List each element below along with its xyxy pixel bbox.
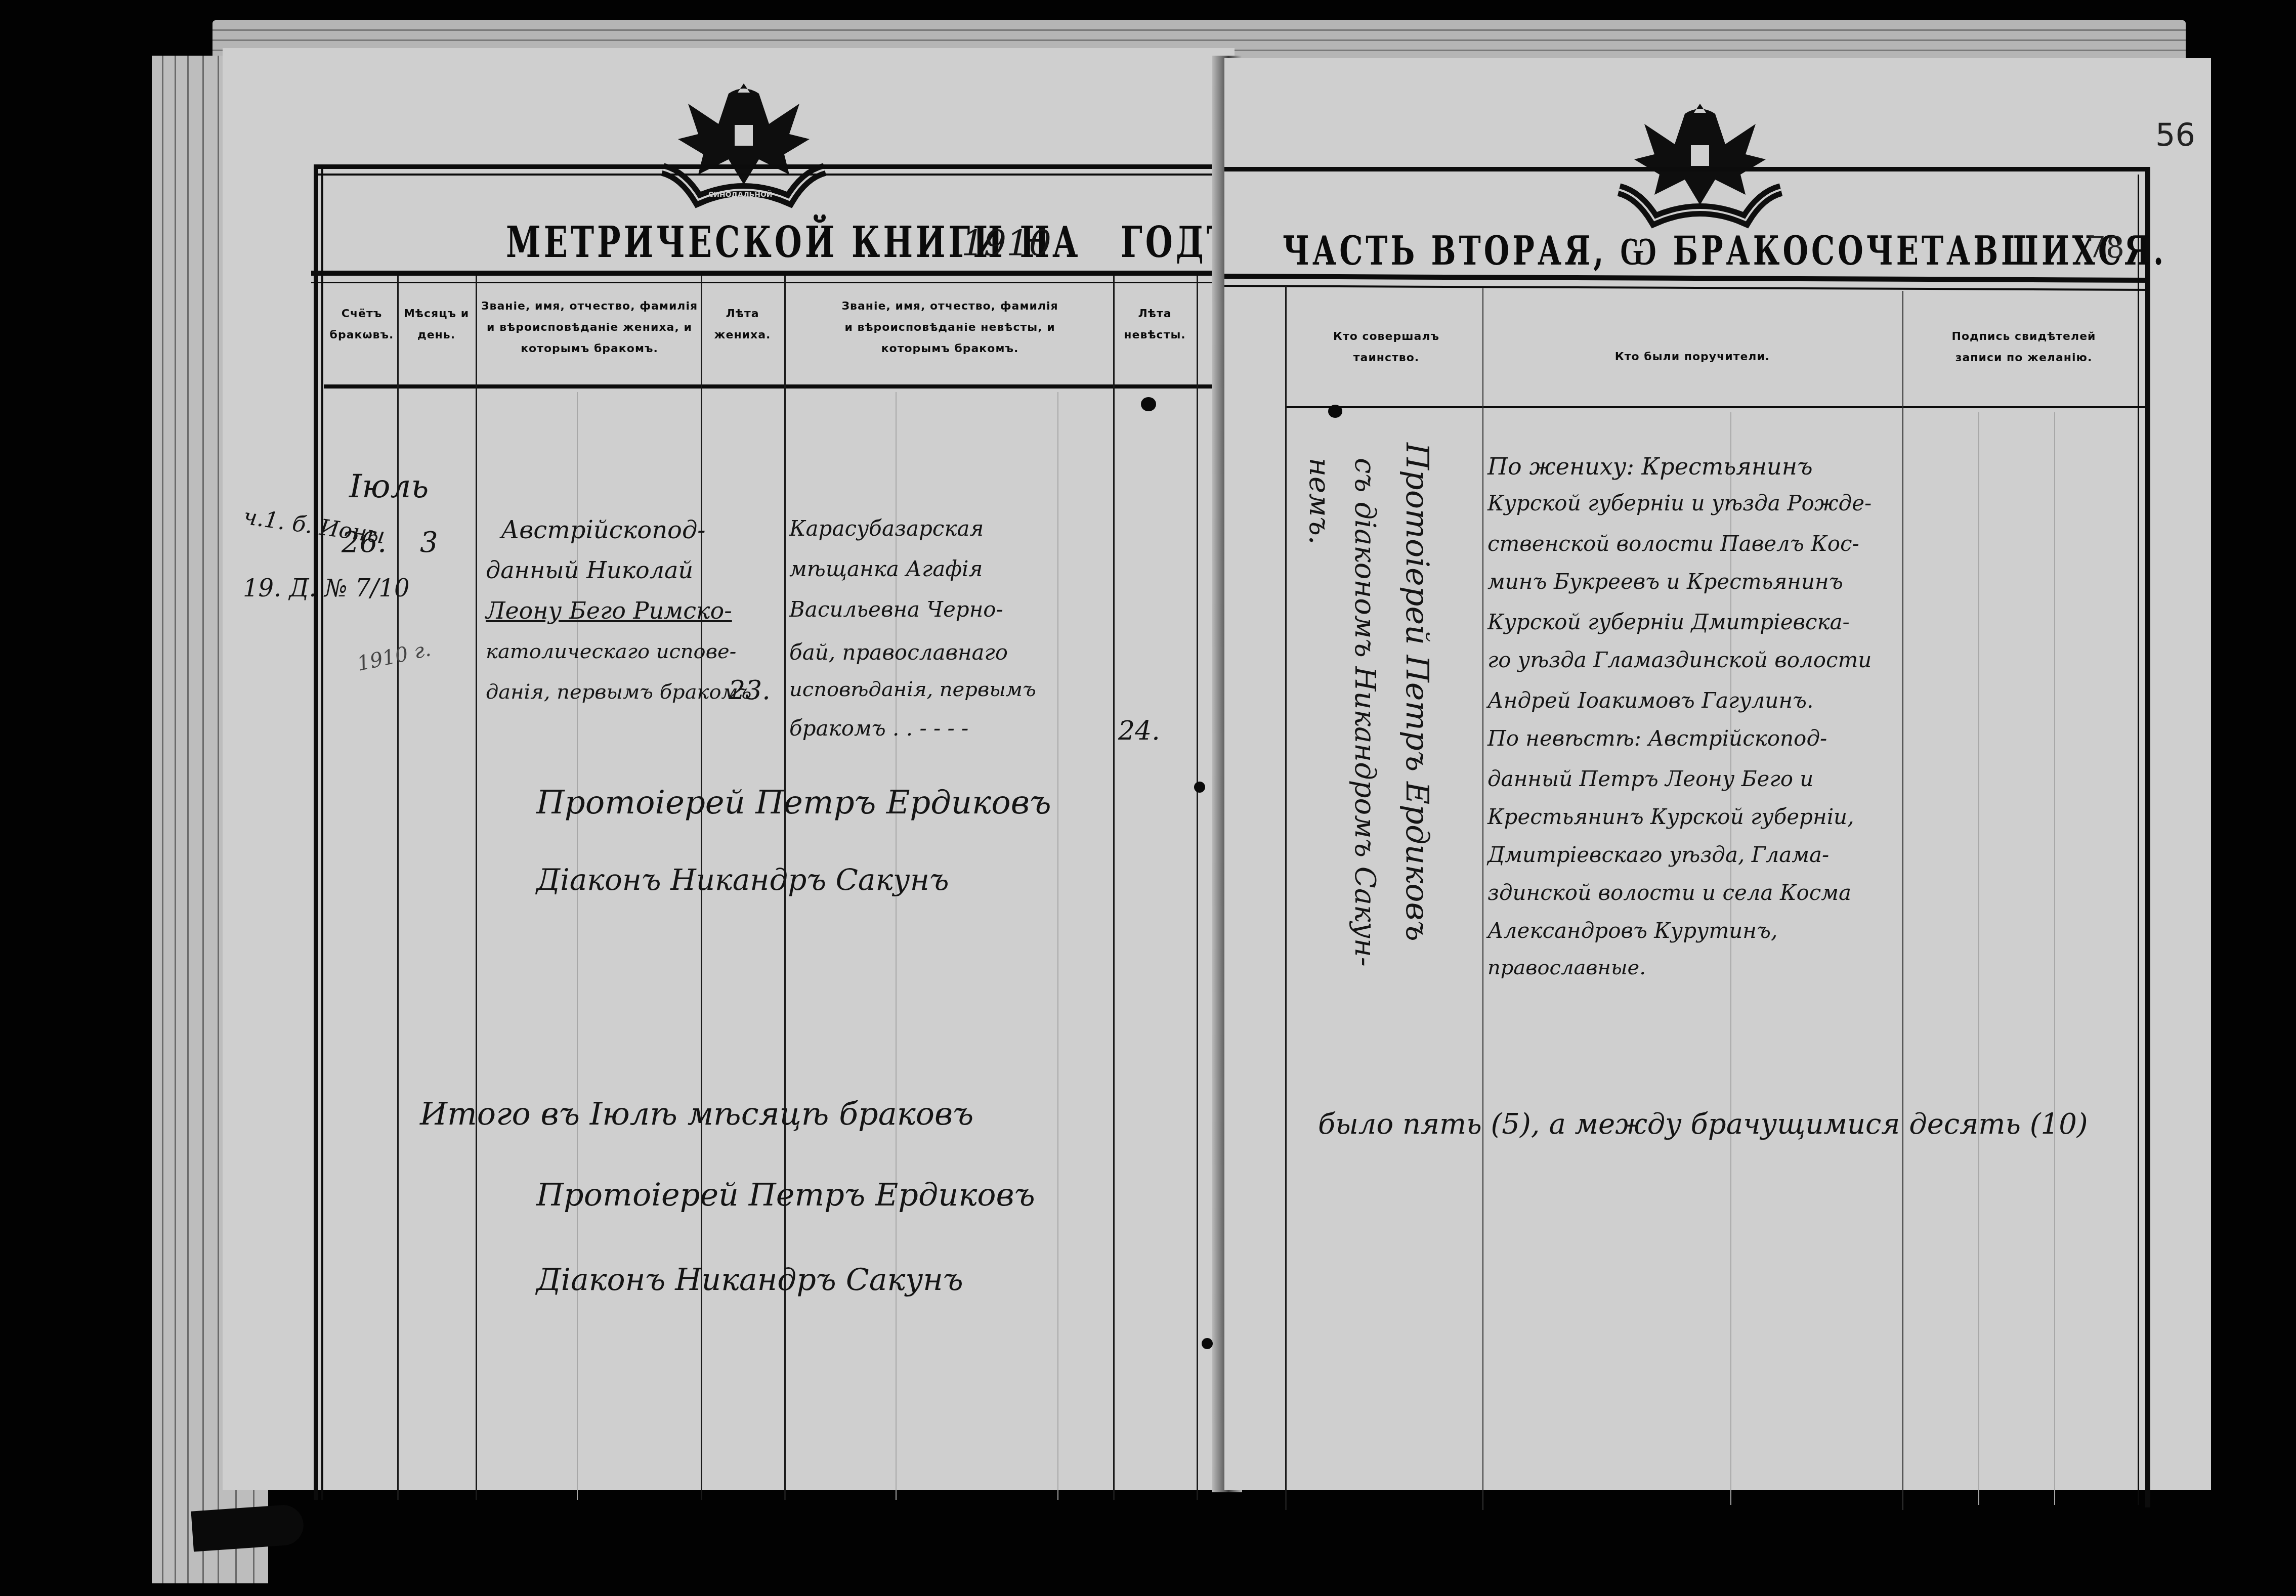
guarantor-line: православные. [1487,956,1646,979]
entry-number: 3 [420,526,438,559]
bride-line: мѣщанка Агафія [789,556,983,581]
emblem-ribbon-text: СИНОДАЛЬНОЙ [708,191,773,199]
binding-hole [1202,1338,1213,1349]
summary-continuation: было пять (5), а между брачущимися десят… [1318,1108,2088,1141]
deacon-signature: Діаконъ Никандръ Сакунъ [536,862,949,897]
entry-day: 26. [342,526,387,559]
page-holding-thumb [191,1503,305,1551]
left-page: СИНОДАЛЬНОЙ МЕТРИЧЕСКОЙ КНИГИ НА 1910 ГО… [223,48,1235,1490]
guarantor-line: По жениху: Крестьянинъ [1487,453,1813,480]
margin-note-line2: 19. Д. № 7/10 [243,574,410,602]
guarantor-line: Крестьянинъ Курской губерніи, [1487,804,1854,829]
officiant-line: немъ. [1303,458,1336,545]
column-header-bride: Званіе, имя, отчество, фамилія и вѣроисп… [789,296,1111,359]
monthly-summary: Итого въ Іюлѣ мѣсяцѣ браковъ [420,1095,973,1132]
guarantor-line: Дмитріевскаго уѣзда, Глама- [1487,842,1829,867]
summary-deacon-signature: Діаконъ Никандръ Сакунъ [536,1262,963,1298]
guarantor-line: Андрей Іоакимовъ Гагулинъ. [1487,688,1813,713]
column-header-witness-signatures: Подпись свидѣтелей записи по желанію. [1907,326,2140,369]
register-year: 1910 [961,223,1051,264]
column-header-month-day: Мѣсяцъ и день. [400,304,473,346]
printed-page-number: 78 [2087,230,2124,265]
bride-line: бай, православнаго [789,640,1008,665]
bride-line: бракомъ . . - - - - [789,716,968,741]
right-page: 56 ЧАСТЬ ВТОРАЯ, Ѡ БРАКОСОЧЕТАВШИХСЯ. 78… [1224,58,2211,1490]
officiant-line: съ діакономъ Никандромъ Сакун- [1348,458,1381,967]
guarantor-line: минъ Букреевъ и Крестьянинъ [1487,569,1843,594]
officiant-line: Протоіерей Петръ Ердиковъ [1399,443,1436,941]
guarantor-line: ственской волости Павелъ Кос- [1487,531,1859,556]
binding-hole [1141,397,1156,411]
priest-signature: Протоіерей Петръ Ердиковъ [536,784,1051,822]
imperial-eagle-emblem-icon [1609,94,1791,230]
bride-line: Васильевна Черно- [789,597,1003,622]
bride-line: Карасубазарская [789,516,984,541]
archive-page-number: 56 [2155,116,2195,153]
column-header-bride-age: Лѣта невѣсты. [1116,304,1194,346]
groom-line: данія, первымъ бракомъ [486,680,751,704]
bride-age: 24. [1118,716,1160,746]
binding-hole [1194,782,1205,793]
guarantor-line: го уѣзда Гламаздинской волости [1487,648,1872,672]
summary-priest-signature: Протоіерей Петръ Ердиковъ [536,1176,1035,1213]
groom-line: Леону Бего Римско- [486,597,732,624]
guarantor-line: Курской губерніи и уѣзда Рожде- [1487,491,1872,515]
groom-line: данный Николай [486,556,693,584]
right-page-title: ЧАСТЬ ВТОРАЯ, Ѡ БРАКОСОЧЕТАВШИХСЯ. [1283,228,2166,274]
groom-age: 23. [729,675,771,706]
column-header-count: Счётъ бракѡвъ. [329,304,395,346]
column-header-guarantors: Кто были поручители. [1487,347,1897,368]
bride-line: исповѣданія, первымъ [789,678,1036,701]
column-header-groom: Званіе, имя, отчество, фамилія и вѣроисп… [481,296,698,359]
guarantor-line: Курской губерніи Дмитріевска- [1487,610,1850,634]
binding-hole [1328,405,1342,418]
groom-line: католическаго испове- [486,640,736,663]
guarantor-line: здинской волости и села Косма [1487,880,1851,905]
guarantor-line: данный Петръ Леону Бего и [1487,766,1813,791]
entry-month: Іюль [349,468,429,505]
margin-note-line3: 1910 г. [355,637,433,676]
column-header-officiant: Кто совершалъ таинство. [1293,326,1480,369]
guarantor-line: По невѣстѣ: Австрійскопод- [1487,726,1827,751]
guarantor-line: Александровъ Курутинъ, [1487,918,1777,943]
imperial-eagle-emblem-icon [658,73,830,210]
column-header-groom-age: Лѣта жениха. [703,304,782,346]
groom-line: Австрійскопод- [501,516,706,544]
